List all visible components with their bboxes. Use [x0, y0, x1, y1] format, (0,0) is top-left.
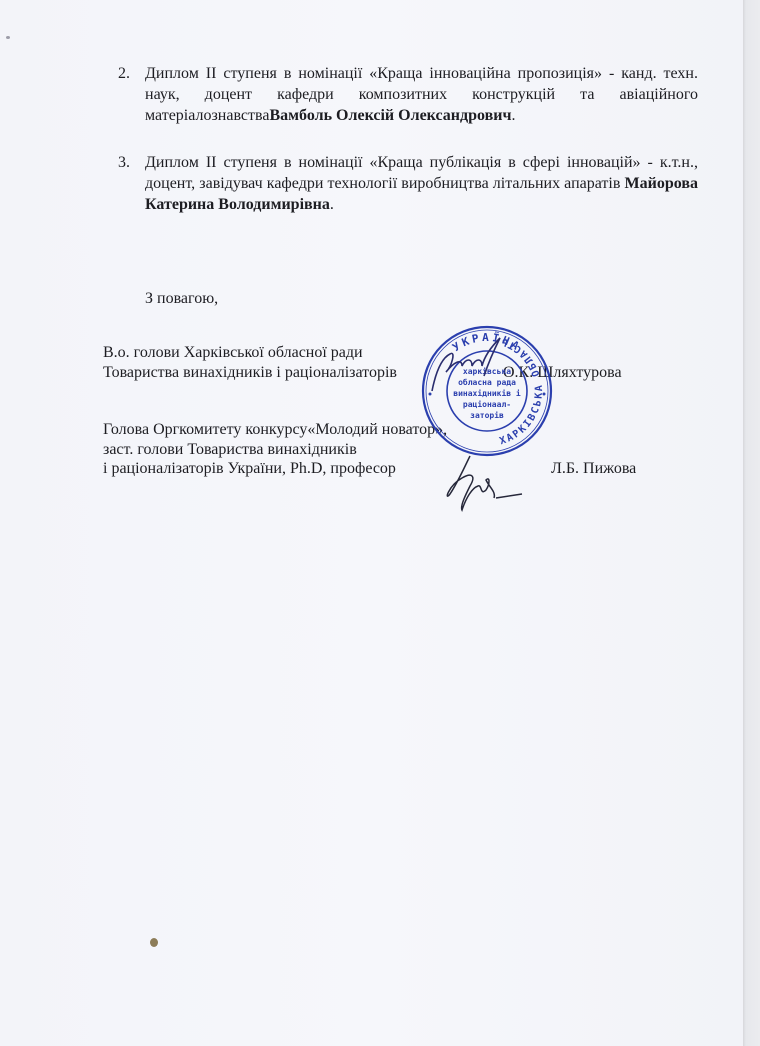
item-text: Диплом II ступеня в номінації «Краща пуб…	[145, 152, 698, 215]
svg-text:заторів: заторів	[470, 410, 504, 420]
item-number: 2.	[118, 63, 130, 84]
item-description: Диплом II ступеня в номінації «Краща пуб…	[145, 154, 698, 192]
signatory-2-title-line-2: заст. голови Товариства винахідників	[103, 440, 357, 460]
paper-speck-icon	[6, 36, 10, 39]
item-number: 3.	[118, 152, 130, 173]
svg-text:раціонаал-: раціонаал-	[463, 399, 511, 409]
awardee-name: Вамболь Олексій Олександрович	[269, 107, 511, 124]
award-item-2: 2. Диплом II ступеня в номінації «Краща …	[118, 63, 698, 126]
item-period: .	[511, 107, 515, 124]
signatory-2-name: Л.Б. Пижова	[551, 459, 636, 479]
signatory-1-title-line-1: В.о. голови Харківської обласної ради	[103, 343, 363, 363]
paper-speck-icon	[150, 938, 158, 947]
item-text: Диплом II ступеня в номінації «Краща інн…	[145, 63, 698, 126]
item-period: .	[330, 196, 334, 213]
document-page: 2. Диплом II ступеня в номінації «Краща …	[0, 0, 743, 1046]
signature-1-icon	[428, 336, 508, 396]
closing-salutation: З повагою,	[145, 289, 218, 309]
signatory-1-title-line-2: Товариства винахідників і раціоналізатор…	[103, 363, 397, 383]
signature-2-icon	[440, 452, 530, 514]
award-item-3: 3. Диплом II ступеня в номінації «Краща …	[118, 152, 698, 215]
page-edge	[743, 0, 760, 1046]
signatory-2-title-line-1: Голова Оргкомитету конкурсу«Молодий нова…	[103, 420, 447, 440]
signatory-2-title-line-3: і раціоналізаторів України, Ph.D, профес…	[103, 459, 396, 479]
